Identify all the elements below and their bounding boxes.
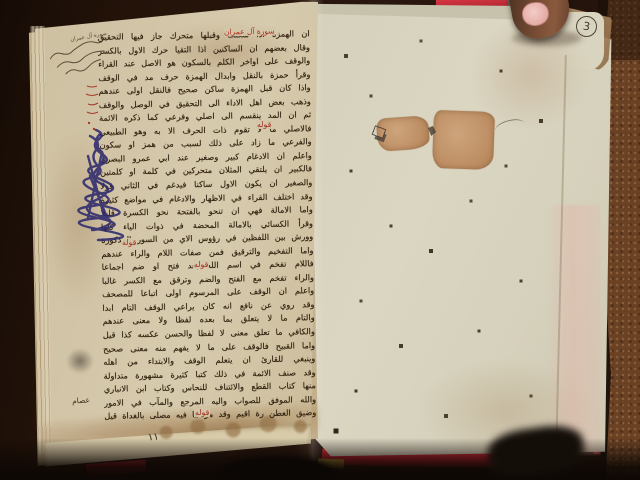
ownership-note-scrawl [48,40,112,80]
photo-of-open-manuscript: ان الهمزة اذا سكنت وقبلها متحرك جاز فيها… [0,0,640,480]
red-marker-word: قوله [193,260,209,269]
shadow-blob [222,456,332,480]
margin-gloss-word: عصام [72,395,91,405]
folio-number: 3 [582,20,591,32]
red-marker-word: قوله [121,238,137,247]
red-marker-word: قوله [256,120,272,129]
paper-specks [0,0,2,2]
repair-patch-large [432,110,495,170]
repair-patch-small [376,115,430,152]
manuscript-text-block: ان الهمزة اذا سكنت وقبلها متحرك جاز فيها… [98,27,317,425]
blue-ink-scribble [76,126,114,242]
grey-smudge [66,348,94,374]
surah-heading-red: سورة آل عمران [224,27,275,37]
red-marker-word: قوله [194,408,210,417]
